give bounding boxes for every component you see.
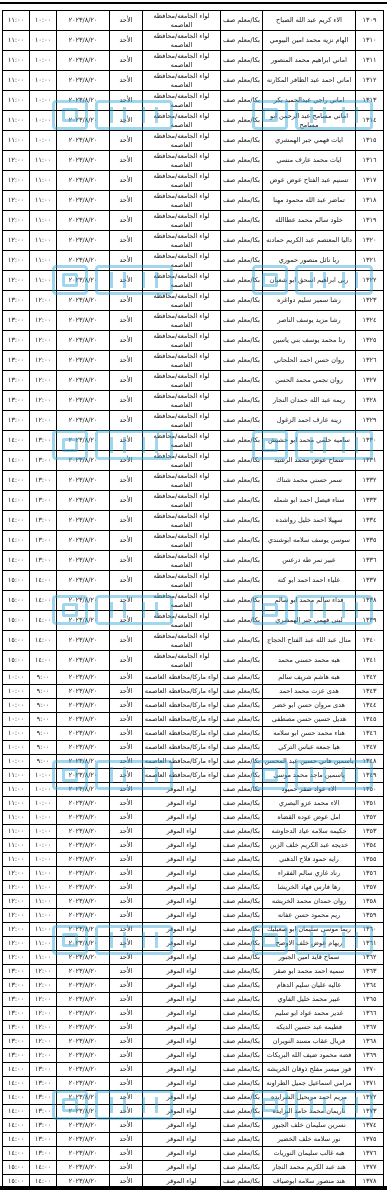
candidate-name: ريهام عوض خلف الاوصح	[263, 937, 356, 951]
end-time: ١٢:٠٠	[3, 895, 30, 909]
day: الأحد	[110, 31, 143, 51]
qualification: بكا/معلم صف	[221, 839, 263, 853]
end-time: ١٣:٠٠	[3, 371, 30, 391]
candidate-name: ساميه حلمي محمد ابو حشيش	[263, 431, 356, 451]
candidate-name: فداء سالم محمد ابو سالم	[263, 591, 356, 611]
qualification: بكا/معلم صف	[221, 853, 263, 867]
exam-date: ٢٠٢٣/٨/٢٠	[57, 371, 110, 391]
seat-number: ١٣٤٤	[356, 699, 384, 713]
end-time: ١٤:٠٠	[3, 551, 30, 571]
exam-date: ٢٠٢٣/٨/٢٠	[57, 511, 110, 531]
table-row: ١٣٤٩ياسمين ماجد محمد موسىبكا/معلم صفلواء…	[3, 769, 384, 783]
table-row: ١٣٣٠ساميه حلمي محمد ابو حشيشبكا/معلم صفل…	[3, 431, 384, 451]
table-row: ١٣٣٨فداء سالم محمد ابو سالمبكا/معلم صفلو…	[3, 591, 384, 611]
directorate: لواء الموقر	[143, 1077, 221, 1091]
exam-date: ٢٠٢٣/٨/٢٠	[57, 451, 110, 471]
table-row: ١٣١٣اماني راجي عبدالحميد بكربكا/معلم صفل…	[3, 91, 384, 111]
seat-number: ١٣٦٨	[356, 1035, 384, 1049]
day: الأحد	[110, 131, 143, 151]
table-row: ١٣٤٣هدى عزت محمد احمدبكا/معلم صفلواء مار…	[3, 685, 384, 699]
directorate: لواء الموقر	[143, 937, 221, 951]
directorate: لواء الجامعه/محافظه العاصمه	[143, 51, 221, 71]
exam-date: ٢٠٢٣/٨/٢٠	[57, 191, 110, 211]
day: الأحد	[110, 1049, 143, 1063]
candidate-name: سوسن يوسف سلامه ابوشندي	[263, 531, 356, 551]
exam-date: ٢٠٢٣/٨/٢٠	[57, 1021, 110, 1035]
seat-number: ١٣١٠	[356, 31, 384, 51]
directorate: لواء الموقر	[143, 1161, 221, 1175]
directorate: لواء الموقر	[143, 1007, 221, 1021]
directorate: لواء ماركا/محافظه العاصمه	[143, 727, 221, 741]
end-time: ١١:٠٠	[3, 797, 30, 811]
directorate: لواء الموقر	[143, 993, 221, 1007]
start-time: ١٣:٠٠	[30, 531, 57, 551]
directorate: لواء الموقر	[143, 1133, 221, 1147]
directorate: لواء الموقر	[143, 979, 221, 993]
start-time: ١١:٠٠	[30, 251, 57, 271]
table-row: ١٣٧٧هند عبد الكريم محمد النجاربكا/معلم ص…	[3, 1161, 384, 1175]
table-row: ١٣١٢اماني احمد عبد الظافر المكارنهبكا/مع…	[3, 71, 384, 91]
table-row: ١٣٤٨ياسمين هاني حسين عبد المحسنبكا/معلم …	[3, 755, 384, 769]
day: الأحد	[110, 411, 143, 431]
exam-date: ٢٠٢٣/٨/٢٠	[57, 895, 110, 909]
table-row: ١٣١٠الهام نزيه محمد امين البيوميبكا/معلم…	[3, 31, 384, 51]
directorate: لواء الموقر	[143, 1091, 221, 1105]
candidate-name: روان حسن احمد الحلحاني	[263, 351, 356, 371]
table-row: ١٣٥٧رها فارس فهاد الخريشابكا/معلم صفلواء…	[3, 881, 384, 895]
day: الأحد	[110, 895, 143, 909]
directorate: لواء الجامعه/محافظه العاصمه	[143, 571, 221, 591]
table-row: ١٣١١اماني ابراهيم محمد المنصوربكا/معلم ص…	[3, 51, 384, 71]
directorate: لواء الجامعه/محافظه العاصمه	[143, 611, 221, 631]
directorate: لواء الجامعه/محافظه العاصمه	[143, 371, 221, 391]
exam-date: ٢٠٢٣/٨/٢٠	[57, 853, 110, 867]
seat-number: ١٣٧٣	[356, 1105, 384, 1119]
exam-date: ٢٠٢٣/٨/٢٠	[57, 91, 110, 111]
exam-date: ٢٠٢٣/٨/٢٠	[57, 1049, 110, 1063]
end-time: ١٢:٠٠	[3, 211, 30, 231]
seat-number: ١٣١٤	[356, 111, 384, 131]
end-time: ١٣:٠٠	[3, 311, 30, 331]
table-row: ١٣٥٣حكيمه سلامه عياد الدحاوشهبكا/معلم صف…	[3, 825, 384, 839]
qualification: بكا/معلم صف	[221, 1147, 263, 1161]
candidate-name: ربى ابراهيم اسحق ابو شعبان	[263, 271, 356, 291]
table-row: ١٣٦٥عبير محمد خليل الفاويبكا/معلم صفلواء…	[3, 993, 384, 1007]
seat-number: ١٣٣٦	[356, 551, 384, 571]
day: الأحد	[110, 371, 143, 391]
end-time: ١٤:٠٠	[3, 1105, 30, 1119]
directorate: لواء الموقر	[143, 951, 221, 965]
day: الأحد	[110, 853, 143, 867]
qualification: بكا/معلم صف	[221, 979, 263, 993]
exam-date: ٢٠٢٣/٨/٢٠	[57, 1119, 110, 1133]
candidate-name: داليا المعتصم عبد الكريم حمادنه	[263, 231, 356, 251]
end-time: ١٤:٠٠	[3, 1119, 30, 1133]
day: الأحد	[110, 331, 143, 351]
exam-date: ٢٠٢٣/٨/٢٠	[57, 965, 110, 979]
start-time: ١١:٠٠	[30, 937, 57, 951]
candidate-name: ربا نائل منصور حموري	[263, 251, 356, 271]
candidate-name: عاليه عليان سليم الدهام	[263, 979, 356, 993]
table-row: ١٣٣٩لبنى فهمي جبر الهمشريبكا/معلم صفلواء…	[3, 611, 384, 631]
day: الأحد	[110, 1063, 143, 1077]
qualification: بكا/معلم صف	[221, 867, 263, 881]
end-time: ١٠:٠٠	[3, 741, 30, 755]
exam-date: ٢٠٢٣/٨/٢٠	[57, 741, 110, 755]
exam-date: ٢٠٢٣/٨/٢٠	[57, 1077, 110, 1091]
seat-number: ١٣٣٤	[356, 511, 384, 531]
directorate: لواء الموقر	[143, 881, 221, 895]
start-time: ١٢:٠٠	[30, 993, 57, 1007]
end-time: ١٢:٠٠	[3, 881, 30, 895]
day: الأحد	[110, 1147, 143, 1161]
day: الأحد	[110, 839, 143, 853]
qualification: بكا/معلم صف	[221, 811, 263, 825]
day: الأحد	[110, 611, 143, 631]
candidate-name: هبه هاشم شريف سالم	[263, 671, 356, 685]
seat-number: ١٣٤٨	[356, 755, 384, 769]
candidate-name: ياسمين هاني حسين عبد المحسن	[263, 755, 356, 769]
qualification: بكا/معلم صف	[221, 1063, 263, 1077]
table-row: ١٣٦٠ريما موسى سليمان ابو صعيليكبكا/معلم …	[3, 923, 384, 937]
start-time: ١٤:٠٠	[30, 651, 57, 671]
end-time: ١٢:٠٠	[3, 271, 30, 291]
seat-number: ١٣٤٠	[356, 631, 384, 651]
day: الأحد	[110, 511, 143, 531]
day: الأحد	[110, 811, 143, 825]
qualification: بكا/معلم صف	[221, 685, 263, 699]
end-time: ١١:٠٠	[3, 31, 30, 51]
end-time: ١٠:٠٠	[3, 713, 30, 727]
end-time: ١٣:٠٠	[3, 993, 30, 1007]
table-row: ١٣٧٢مريم احمد مريحيل الشرايدهبكا/معلم صف…	[3, 1091, 384, 1105]
end-time: ١٠:٠٠	[3, 727, 30, 741]
directorate: لواء الجامعه/محافظه العاصمه	[143, 551, 221, 571]
directorate: لواء الجامعه/محافظه العاصمه	[143, 151, 221, 171]
start-time: ١١:٠٠	[30, 867, 57, 881]
qualification: بكا/معلم صف	[221, 131, 263, 151]
table-row: ١٣٦٣سميه احمد محمد ابو صقربكا/معلم صفلوا…	[3, 965, 384, 979]
table-row: ١٣١٤اماني مسامح عبد الرحمن ابو مسامحبكا/…	[3, 111, 384, 131]
seat-number: ١٣٣٧	[356, 571, 384, 591]
start-time: ١٣:٠٠	[30, 1063, 57, 1077]
exam-date: ٢٠٢٣/٨/٢٠	[57, 11, 110, 31]
candidate-name: هيا جمعه عباس التركي	[263, 741, 356, 755]
seat-number: ١٣١٢	[356, 71, 384, 91]
day: الأحد	[110, 699, 143, 713]
seat-number: ١٣٦٠	[356, 923, 384, 937]
candidate-name: سماح عوض محمد الرشيد	[263, 451, 356, 471]
end-time: ١٣:٠٠	[3, 411, 30, 431]
start-time: ٩:٠٠	[30, 699, 57, 713]
candidate-name: خلود سالم محمد عطاالله	[263, 211, 356, 231]
day: الأحد	[110, 91, 143, 111]
start-time: ١١:٠٠	[30, 951, 57, 965]
seat-number: ١٣١٩	[356, 211, 384, 231]
day: الأحد	[110, 1021, 143, 1035]
qualification: بكا/معلم صف	[221, 551, 263, 571]
end-time: ١١:٠٠	[3, 71, 30, 91]
qualification: بكا/معلم صف	[221, 331, 263, 351]
candidate-name: هديل حسين حسن مصطفى	[263, 713, 356, 727]
end-time: ١٤:٠٠	[3, 1147, 30, 1161]
seat-number: ١٣٦٢	[356, 951, 384, 965]
candidate-name: رها فارس فهاد الخريشا	[263, 881, 356, 895]
directorate: لواء الموقر	[143, 1105, 221, 1119]
candidate-name: سناء فيصل احمد ابو شمله	[263, 491, 356, 511]
candidate-name: الاء كريم عبد الله الصباح	[263, 11, 356, 31]
exam-date: ٢٠٢٣/٨/٢٠	[57, 631, 110, 651]
candidate-name: عبير نمر طه درعس	[263, 551, 356, 571]
day: الأحد	[110, 685, 143, 699]
table-row: ١٣٤٧هيا جمعه عباس التركيبكا/معلم صفلواء …	[3, 741, 384, 755]
candidate-name: ناريمان محمد حامد البزايده	[263, 1105, 356, 1119]
qualification: بكا/معلم صف	[221, 1091, 263, 1105]
start-time: ١٠:٠٠	[30, 31, 57, 51]
exam-date: ٢٠٢٣/٨/٢٠	[57, 231, 110, 251]
start-time: ١١:٠٠	[30, 211, 57, 231]
candidate-name: رناد غازي سالم الفقراء	[263, 867, 356, 881]
candidate-name: هدى عزت محمد احمد	[263, 685, 356, 699]
seat-number: ١٣٤٣	[356, 685, 384, 699]
directorate: لواء ماركا/محافظه العاصمه	[143, 699, 221, 713]
directorate: لواء ماركا/محافظه العاصمه	[143, 755, 221, 769]
qualification: بكا/معلم صف	[221, 699, 263, 713]
directorate: لواء الجامعه/محافظه العاصمه	[143, 391, 221, 411]
end-time: ١٣:٠٠	[3, 1007, 30, 1021]
day: الأحد	[110, 591, 143, 611]
day: الأحد	[110, 1035, 143, 1049]
directorate: لواء الجامعه/محافظه العاصمه	[143, 191, 221, 211]
day: الأحد	[110, 755, 143, 769]
exam-date: ٢٠٢٣/٨/٢٠	[57, 171, 110, 191]
start-time: ١٢:٠٠	[30, 391, 57, 411]
end-time: ١٤:٠٠	[3, 1133, 30, 1147]
exam-date: ٢٠٢٣/٨/٢٠	[57, 151, 110, 171]
table-row: ١٣٢٤رشا مزيد يوسف الناصربكا/معلم صفلواء …	[3, 311, 384, 331]
start-time: ١٠:٠٠	[30, 111, 57, 131]
seat-number: ١٣٤٥	[356, 713, 384, 727]
directorate: لواء الجامعه/محافظه العاصمه	[143, 31, 221, 51]
seat-number: ١٣١٣	[356, 91, 384, 111]
seat-number: ١٣٦١	[356, 937, 384, 951]
seat-number: ١٣٦٦	[356, 1007, 384, 1021]
day: الأحد	[110, 651, 143, 671]
table-row: ١٣٥٨روان حمدان محمد الخريشهبكا/معلم صفلو…	[3, 895, 384, 909]
end-time: ١٣:٠٠	[3, 1049, 30, 1063]
day: الأحد	[110, 923, 143, 937]
table-row: ١٣٢٥رنا محمد يوسف بني ياسينبكا/معلم صفلو…	[3, 331, 384, 351]
table-row: ١٣٧٥نور سلامه خلف الخضيربكا/معلم صفلواء …	[3, 1133, 384, 1147]
seat-number: ١٣٣٨	[356, 591, 384, 611]
candidate-name: ايات فهمي جبر الهمشري	[263, 131, 356, 151]
candidate-name: تماضر عبد الله محمود مهنا	[263, 191, 356, 211]
qualification: بكا/معلم صف	[221, 727, 263, 741]
exam-date: ٢٠٢٣/٨/٢٠	[57, 755, 110, 769]
candidate-name: هبه محمد حسني محمد	[263, 651, 356, 671]
seat-number: ١٣٧٢	[356, 1091, 384, 1105]
qualification: بكا/معلم صف	[221, 713, 263, 727]
seat-number: ١٣٧١	[356, 1077, 384, 1091]
end-time: ١٢:٠٠	[3, 937, 30, 951]
seat-number: ١٣٢٠	[356, 231, 384, 251]
table-row: ١٣٧١مرامي اسماعيل جميل الطراونهبكا/معلم …	[3, 1077, 384, 1091]
exam-date: ٢٠٢٣/٨/٢٠	[57, 391, 110, 411]
qualification: بكا/معلم صف	[221, 91, 263, 111]
qualification: بكا/معلم صف	[221, 1021, 263, 1035]
candidate-name: هناء محمد حسن ابو سلامه	[263, 727, 356, 741]
directorate: لواء الجامعه/محافظه العاصمه	[143, 411, 221, 431]
start-time: ١٠:٠٠	[30, 51, 57, 71]
start-time: ١٣:٠٠	[30, 1133, 57, 1147]
qualification: بكا/معلم صف	[221, 271, 263, 291]
start-time: ١٣:٠٠	[30, 1105, 57, 1119]
seat-number: ١٣١٦	[356, 151, 384, 171]
end-time: ١٢:٠٠	[3, 171, 30, 191]
start-time: ٩:٠٠	[30, 755, 57, 769]
seat-number: ١٣٧٦	[356, 1147, 384, 1161]
qualification: بكا/معلم صف	[221, 951, 263, 965]
exam-date: ٢٠٢٣/٨/٢٠	[57, 685, 110, 699]
start-time: ١١:٠٠	[30, 895, 57, 909]
table-row: ١٣١٦ايات محمد عارف منسيبكا/معلم صفلواء ا…	[3, 151, 384, 171]
seat-number: ١٣٧٤	[356, 1119, 384, 1133]
start-time: ١٣:٠٠	[30, 511, 57, 531]
start-time: ١٣:٠٠	[30, 551, 57, 571]
end-time: ١٣:٠٠	[3, 331, 30, 351]
start-time: ١٣:٠٠	[30, 1147, 57, 1161]
end-time: ١١:٠٠	[3, 769, 30, 783]
end-time: ١٢:٠٠	[3, 251, 30, 271]
start-time: ٩:٠٠	[30, 741, 57, 755]
directorate: لواء الجامعه/محافظه العاصمه	[143, 251, 221, 271]
day: الأحد	[110, 231, 143, 251]
start-time: ١٠:٠٠	[30, 811, 57, 825]
candidate-name: عبير محمد خليل الفاوي	[263, 993, 356, 1007]
day: الأحد	[110, 1077, 143, 1091]
directorate: لواء ماركا/محافظه العاصمه	[143, 741, 221, 755]
candidate-name: رشا سمير سليم دواغره	[263, 291, 356, 311]
day: الأحد	[110, 909, 143, 923]
seat-number: ١٣٧٠	[356, 1063, 384, 1077]
exam-date: ٢٠٢٣/٨/٢٠	[57, 713, 110, 727]
qualification: بكا/معلم صف	[221, 491, 263, 511]
exam-date: ٢٠٢٣/٨/٢٠	[57, 881, 110, 895]
end-time: ١٣:٠٠	[3, 291, 30, 311]
directorate: لواء ماركا/محافظه العاصمه	[143, 713, 221, 727]
candidate-name: ريمه عبد الله حمدان النجار	[263, 391, 356, 411]
end-time: ١٥:٠٠	[3, 571, 30, 591]
qualification: بكا/معلم صف	[221, 251, 263, 271]
day: الأحد	[110, 825, 143, 839]
table-row: ١٣٤٥هديل حسين حسن مصطفىبكا/معلم صفلواء م…	[3, 713, 384, 727]
candidate-name: ريما موسى سليمان ابو صعيليك	[263, 923, 356, 937]
exam-date: ٢٠٢٣/٨/٢٠	[57, 993, 110, 1007]
seat-number: ١٣٣٥	[356, 531, 384, 551]
directorate: لواء الموقر	[143, 1063, 221, 1077]
seat-number: ١٣٣٢	[356, 471, 384, 491]
day: الأحد	[110, 251, 143, 271]
qualification: بكا/معلم صف	[221, 311, 263, 331]
day: الأحد	[110, 171, 143, 191]
day: الأحد	[110, 1119, 143, 1133]
seat-number: ١٣٢٨	[356, 391, 384, 411]
table-row: ١٣٧٦هبه غالب سليمان النورياتبكا/معلم صفل…	[3, 1147, 384, 1161]
directorate: لواء الموقر	[143, 839, 221, 853]
table-row: ١٣٢٢ربى ابراهيم اسحق ابو شعبانبكا/معلم ص…	[3, 271, 384, 291]
candidate-name: رنا محمد يوسف بني ياسين	[263, 331, 356, 351]
candidate-name: اماني راجي عبدالحميد بكر	[263, 91, 356, 111]
table-row: ١٣٤٤هدى مروان حسن ابو خضربكا/معلم صفلواء…	[3, 699, 384, 713]
seat-number: ١٣٥٤	[356, 839, 384, 853]
end-time: ١٥:٠٠	[3, 611, 30, 631]
candidate-name: فوز ميسر مفلح ذوقان الخريشه	[263, 1063, 356, 1077]
directorate: لواء الجامعه/محافظه العاصمه	[143, 311, 221, 331]
day: الأحد	[110, 491, 143, 511]
candidate-name: الاء عواد صقر حميود	[263, 783, 356, 797]
candidate-name: مرامي اسماعيل جميل الطراونه	[263, 1077, 356, 1091]
start-time: ١٢:٠٠	[30, 1007, 57, 1021]
start-time: ٩:٠٠	[30, 727, 57, 741]
directorate: لواء الموقر	[143, 853, 221, 867]
seat-number: ١٣٥٥	[356, 853, 384, 867]
start-time: ١٠:٠٠	[30, 825, 57, 839]
qualification: بكا/معلم صف	[221, 471, 263, 491]
seat-number: ١٣٧٧	[356, 1161, 384, 1175]
qualification: بكا/معلم صف	[221, 1161, 263, 1175]
qualification: بكا/معلم صف	[221, 895, 263, 909]
qualification: بكا/معلم صف	[221, 651, 263, 671]
qualification: بكا/معلم صف	[221, 151, 263, 171]
qualification: بكا/معلم صف	[221, 1049, 263, 1063]
qualification: بكا/معلم صف	[221, 1007, 263, 1021]
directorate: لواء الجامعه/محافظه العاصمه	[143, 171, 221, 191]
table-row: ١٣٠٩الاء كريم عبد الله الصباحبكا/معلم صف…	[3, 11, 384, 31]
directorate: لواء الجامعه/محافظه العاصمه	[143, 91, 221, 111]
qualification: بكا/معلم صف	[221, 755, 263, 769]
qualification: بكا/معلم صف	[221, 291, 263, 311]
table-row: ١٣٥٤خديجه عبد الكريم خلف الزبنبكا/معلم ص…	[3, 839, 384, 853]
candidate-name: ايات محمد عارف منسي	[263, 151, 356, 171]
start-time: ١٢:٠٠	[30, 965, 57, 979]
candidate-name: اماني احمد عبد الظافر المكارنه	[263, 71, 356, 91]
qualification: بكا/معلم صف	[221, 171, 263, 191]
candidate-name: هبه غالب سليمان النوريات	[263, 1147, 356, 1161]
seat-number: ١٣٢٧	[356, 371, 384, 391]
day: الأحد	[110, 351, 143, 371]
exam-date: ٢٠٢٣/٨/٢٠	[57, 923, 110, 937]
end-time: ١٢:٠٠	[3, 151, 30, 171]
candidate-name: ياسمين ماجد محمد موسى	[263, 769, 356, 783]
start-time: ١٠:٠٠	[30, 853, 57, 867]
exam-date: ٢٠٢٣/٨/٢٠	[57, 727, 110, 741]
qualification: بكا/معلم صف	[221, 351, 263, 371]
exam-schedule-table: ١٣٠٩الاء كريم عبد الله الصباحبكا/معلم صف…	[2, 10, 384, 1189]
end-time: ١٤:٠٠	[3, 531, 30, 551]
end-time: ١٢:٠٠	[3, 231, 30, 251]
exam-date: ٢٠٢٣/٨/٢٠	[57, 651, 110, 671]
directorate: لواء الجامعه/محافظه العاصمه	[143, 71, 221, 91]
candidate-name: مريم احمد مريحيل الشرايده	[263, 1091, 356, 1105]
exam-date: ٢٠٢٣/٨/٢٠	[57, 571, 110, 591]
candidate-name: سماح قايد امين الجبور	[263, 951, 356, 965]
day: الأحد	[110, 937, 143, 951]
directorate: لواء الموقر	[143, 909, 221, 923]
table-row: ١٣٣٢سمر حسني محمد شناكبكا/معلم صفلواء ال…	[3, 471, 384, 491]
seat-number: ١٣٤٦	[356, 727, 384, 741]
directorate: لواء الجامعه/محافظه العاصمه	[143, 651, 221, 671]
exam-date: ٢٠٢٣/٨/٢٠	[57, 1091, 110, 1105]
